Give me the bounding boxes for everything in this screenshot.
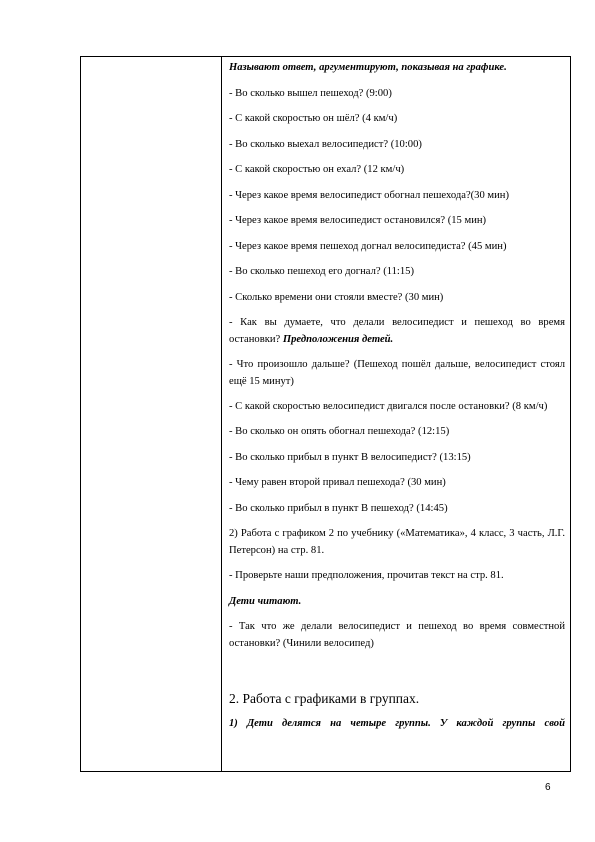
children-assumptions: Предположения детей. <box>283 334 393 345</box>
question-think-text: - Как вы думаете, что делали велосипедис… <box>229 317 565 345</box>
question-item: - Чему равен второй привал пешехода? (30… <box>229 474 565 491</box>
question-item: - Во сколько он опять обогнал пешехода? … <box>229 423 565 440</box>
question-item: - С какой скоростью он шёл? (4 км/ч) <box>229 110 565 127</box>
check-text: - Проверьте наши предположения, прочитав… <box>229 567 565 584</box>
question-item: - Во сколько выехал велосипедист? (10:00… <box>229 136 565 153</box>
document-page: Называют ответ, аргументируют, показывая… <box>0 0 595 842</box>
question-item: - Через какое время пешеход догнал велос… <box>229 238 565 255</box>
question-speed: - С какой скоростью велосипедист двигалс… <box>229 398 565 415</box>
lesson-table: Называют ответ, аргументируют, показывая… <box>80 56 571 772</box>
question-think: - Как вы думаете, что делали велосипедис… <box>229 314 565 348</box>
question-item: - Во сколько прибыл в пункт В велосипеди… <box>229 449 565 466</box>
table-right-cell: Называют ответ, аргументируют, показывая… <box>222 57 570 771</box>
group-task: 1) Дети делятся на четыре группы. У кажд… <box>229 715 565 732</box>
table-left-cell <box>81 57 222 771</box>
question-item: - Во сколько вышел пешеход? (9:00) <box>229 85 565 102</box>
question-item: - Через какое время велосипедист останов… <box>229 212 565 229</box>
question-item: - Через какое время велосипедист обогнал… <box>229 187 565 204</box>
section-heading: 2. Работа с графиками в группах. <box>229 690 565 707</box>
children-read: Дети читают. <box>229 593 565 610</box>
question-item: - Во сколько пешеход его догнал? (11:15) <box>229 263 565 280</box>
page-number: 6 <box>545 782 551 793</box>
intro-text: Называют ответ, аргументируют, показывая… <box>229 59 565 76</box>
final-question: - Так что же делали велосипедист и пешех… <box>229 618 565 652</box>
question-item: - Во сколько прибыл в пункт В пешеход? (… <box>229 500 565 517</box>
task-2: 2) Работа с графиком 2 по учебнику («Мат… <box>229 525 565 559</box>
question-next: - Что произошло дальше? (Пешеход пошёл д… <box>229 356 565 390</box>
question-item: - С какой скоростью он ехал? (12 км/ч) <box>229 161 565 178</box>
question-item: - Сколько времени они стояли вместе? (30… <box>229 289 565 306</box>
